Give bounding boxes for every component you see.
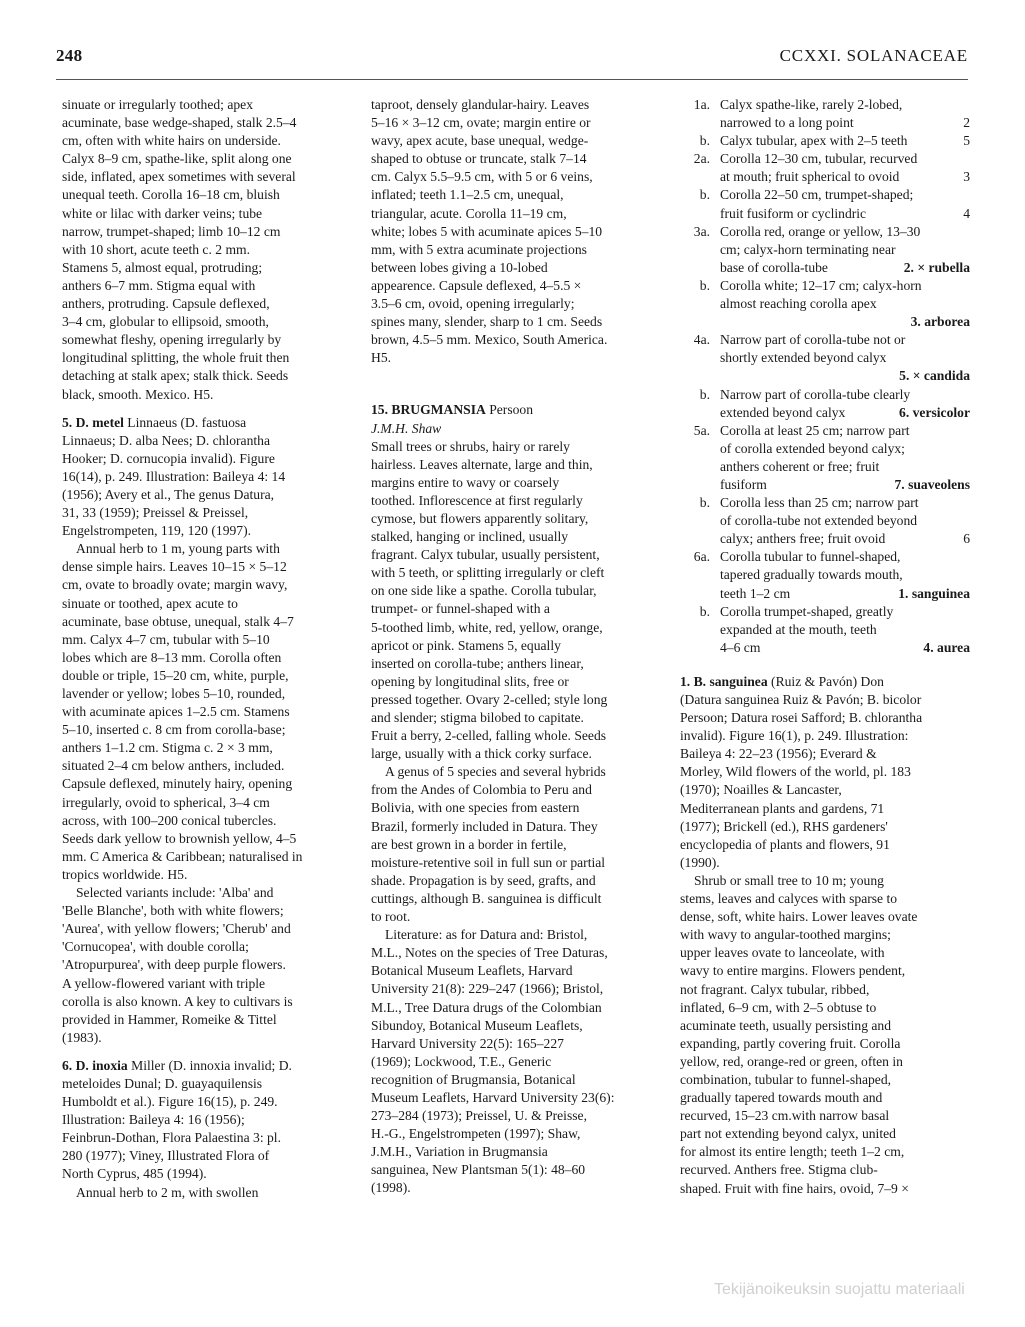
text-line: shade. Propagation is by seed, grafts, a…: [371, 872, 671, 890]
text-line: Sibundoy, Botanical Museum Leaflets,: [371, 1017, 671, 1035]
text-line: Museum Leaflets, Harvard University 23(6…: [371, 1089, 671, 1107]
text-line: Stamens 5, almost equal, protruding;: [62, 259, 362, 277]
column-1: sinuate or irregularly toothed; apex acu…: [62, 96, 362, 1202]
text-line: narrow, trumpet-shaped; limb 10–12 cm: [62, 223, 362, 241]
text-line: (1977); Brickell (ed.), RHS gardeners': [680, 818, 970, 836]
key-label: b.: [680, 186, 710, 204]
key-text: Narrow part of corolla-tube clearly: [720, 386, 910, 404]
key-label: b.: [680, 603, 710, 621]
key-text: base of corolla-tube: [720, 259, 828, 277]
column-2: taproot, densely glandular-hairy. Leaves…: [371, 96, 671, 1198]
text-line: Selected variants include: 'Alba' and: [62, 884, 362, 902]
key-label: 2a.: [680, 150, 710, 168]
text-line: Seeds dark yellow to brownish yellow, 4–…: [62, 830, 362, 848]
text-line: between lobes giving a 10-lobed: [371, 259, 671, 277]
genus-authority: Persoon: [486, 402, 533, 417]
text-line: anthers, protruding. Capsule deflexed,: [62, 295, 362, 313]
text-line: spines many, slender, sharp to 1 cm. See…: [371, 313, 671, 331]
text-line: with 10 short, acute teeth c. 2 mm.: [62, 241, 362, 259]
text-line: (1970); Noailles & Lancaster,: [680, 781, 970, 799]
text-line: Brazil, formerly included in Datura. The…: [371, 818, 671, 836]
text-line: (1969); Lockwood, T.E., Generic: [371, 1053, 671, 1071]
text-line: situated 2–4 cm below anthers, included.: [62, 757, 362, 775]
text-line: meteloides Dunal; D. guayaquilensis: [62, 1075, 362, 1093]
text-line: (1956); Avery et al., The genus Datura,: [62, 486, 362, 504]
key-result: 6: [963, 530, 970, 548]
text-line: hairless. Leaves alternate, large and th…: [371, 456, 671, 474]
text-line: detaching at stalk apex; stalk thick. Se…: [62, 367, 362, 385]
key-text: extended beyond calyx: [720, 404, 845, 422]
text-line: with wavy to angular-toothed margins;: [680, 926, 970, 944]
section-author: J.M.H. Shaw: [371, 421, 441, 436]
text-line: Harvard University 22(5): 165–227: [371, 1035, 671, 1053]
running-head: CCXXI. SOLANACEAE: [780, 46, 968, 66]
text-line: stalked, hanging or inclined, usually: [371, 528, 671, 546]
text-line: on one side like a spathe. Corolla tubul…: [371, 582, 671, 600]
text-line: 280 (1977); Viney, Illustrated Flora of: [62, 1147, 362, 1165]
text-line: Illustration: Baileya 4: 16 (1956);: [62, 1111, 362, 1129]
key-text: calyx; anthers free; fruit ovoid: [720, 530, 885, 548]
text-line: with acuminate apices 1–2.5 cm. Stamens: [62, 703, 362, 721]
key-label: 3a.: [680, 223, 710, 241]
text-line: Literature: as for Datura and: Bristol,: [371, 926, 671, 944]
text-line: stems, leaves and calyces with sparse to: [680, 890, 970, 908]
key-result-species: 7. suaveolens: [894, 476, 970, 494]
text-line: A yellow-flowered variant with triple: [62, 975, 362, 993]
text-line: (Ruiz & Pavón) Don: [768, 674, 884, 689]
text-line: for almost its entire length; teeth 1–2 …: [680, 1143, 970, 1161]
genus-brugmansia: 15. BRUGMANSIA Persoon J.M.H. Shaw Small…: [371, 401, 671, 1197]
key-text: of corolla extended beyond calyx;: [720, 440, 905, 458]
key-text: Narrow part of corolla-tube not or: [720, 331, 905, 349]
text-line: 31, 33 (1959); Preissel & Preissel,: [62, 504, 362, 522]
text-line: 273–284 (1973); Preissel, U. & Preisse,: [371, 1107, 671, 1125]
text-line: to root.: [371, 908, 671, 926]
text-line: Morley, Wild flowers of the world, pl. 1…: [680, 763, 970, 781]
species-heading: 1. B. sanguinea: [680, 674, 768, 689]
text-line: Calyx 8–9 cm, spathe-like, split along o…: [62, 150, 362, 168]
text-line: 'Aurea', with yellow flowers; 'Cherub' a…: [62, 920, 362, 938]
text-line: irregularly, ovoid to spherical, 3–4 cm: [62, 794, 362, 812]
key-result-species: 5. × candida: [899, 367, 970, 385]
key-text: at mouth; fruit spherical to ovoid: [720, 168, 899, 186]
key-label: 5a.: [680, 422, 710, 440]
text-line: Engelstrompeten, 119, 120 (1997).: [62, 522, 362, 540]
text-line: lavender or yellow; lobes 5–10, rounded,: [62, 685, 362, 703]
key-label: b.: [680, 132, 710, 150]
text-line: 3.5–6 cm, ovoid, opening irregularly;: [371, 295, 671, 313]
text-line: H5.: [371, 349, 671, 367]
text-line: Annual herb to 2 m, with swollen: [62, 1184, 362, 1202]
key-text: Corolla tubular to funnel-shaped,: [720, 548, 900, 566]
text-line: A genus of 5 species and several hybrids: [371, 763, 671, 781]
text-line: Baileya 4: 22–23 (1956); Everard &: [680, 745, 970, 763]
text-line: (Datura sanguinea Ruiz & Pavón; B. bicol…: [680, 691, 970, 709]
text-line: Linnaeus (D. fastuosa: [124, 415, 246, 430]
key-text: shortly extended beyond calyx: [720, 349, 886, 367]
text-line: Miller (D. innoxia invalid; D.: [128, 1058, 292, 1073]
text-line: tropics worldwide. H5.: [62, 866, 362, 884]
text-line: invalid). Figure 16(1), p. 249. Illustra…: [680, 727, 970, 745]
text-line: expanding, partly covering fruit. Coroll…: [680, 1035, 970, 1053]
text-line: Annual herb to 1 m, young parts with: [62, 540, 362, 558]
text-line: H.-G., Engelstrompeten (1997); Shaw,: [371, 1125, 671, 1143]
key-text: tapered gradually towards mouth,: [720, 566, 903, 584]
text-line: with 5 teeth, or splitting irregularly o…: [371, 564, 671, 582]
key-text: Corolla white; 12–17 cm; calyx-horn: [720, 277, 922, 295]
key-label: b.: [680, 386, 710, 404]
text-line: wavy, apex acute, base unequal, wedge-: [371, 132, 671, 150]
key-label: b.: [680, 277, 710, 295]
text-line: apricot or pink. Stamens 5, equally: [371, 637, 671, 655]
text-line: upper leaves ovate to lanceolate, with: [680, 944, 970, 962]
text-line: mm. C America & Caribbean; naturalised i…: [62, 848, 362, 866]
text-line: acuminate teeth, usually persisting and: [680, 1017, 970, 1035]
species-entry-d-metel: 5. D. metel Linnaeus (D. fastuosa Linnae…: [62, 414, 362, 1047]
text-line: lobes which are 8–13 mm. Corolla often: [62, 649, 362, 667]
text-line: not fragrant. Calyx tubular, ribbed,: [680, 981, 970, 999]
key-text: of corolla-tube not extended beyond: [720, 512, 917, 530]
text-line: margins entire to wavy or coarsely: [371, 474, 671, 492]
key-text: Corolla red, orange or yellow, 13–30: [720, 223, 920, 241]
key-text: Corolla at least 25 cm; narrow part: [720, 422, 910, 440]
key-text: narrowed to a long point: [720, 114, 854, 132]
species-entry-d-inoxia: 6. D. inoxia Miller (D. innoxia invalid;…: [62, 1057, 362, 1202]
text-line: triangular, acute. Corolla 11–19 cm,: [371, 205, 671, 223]
text-line: (1990).: [680, 854, 970, 872]
key-label: b.: [680, 494, 710, 512]
text-line: inflated, 6–9 cm, with 2–5 obtuse to: [680, 999, 970, 1017]
text-line: North Cyprus, 485 (1994).: [62, 1165, 362, 1183]
text-line: recognition of Brugmansia, Botanical: [371, 1071, 671, 1089]
key-text: cm; calyx-horn terminating near: [720, 241, 896, 259]
text-line: sinuate or toothed, apex acute to: [62, 595, 362, 613]
text-line: large, usually with a thick corky surfac…: [371, 745, 671, 763]
key-text: Corolla 12–30 cm, tubular, recurved: [720, 150, 917, 168]
page-number: 248: [56, 46, 82, 66]
text-line: J.M.H., Variation in Brugmansia: [371, 1143, 671, 1161]
text-line: inserted on corolla-tube; anthers linear…: [371, 655, 671, 673]
text-line: cm, often with white hairs on underside.: [62, 132, 362, 150]
text-line: acuminate, base wedge-shaped, stalk 2.5–…: [62, 114, 362, 132]
key-result-species: 2. × rubella: [904, 259, 970, 277]
text-line: shaped. Fruit with fine hairs, ovoid, 7–…: [680, 1180, 970, 1198]
text-line: sinuate or irregularly toothed; apex: [62, 96, 362, 114]
text-line: 5–10, inserted c. 8 cm from corolla-base…: [62, 721, 362, 739]
text-line: pressed together. Ovary 2-celled; style …: [371, 691, 671, 709]
text-line: toothed. Inflorescence at first regularl…: [371, 492, 671, 510]
text-line: part not extending beyond calyx, united: [680, 1125, 970, 1143]
text-line: dense, soft, white hairs. Lower leaves o…: [680, 908, 970, 926]
text-line: 5-toothed limb, white, red, yellow, oran…: [371, 619, 671, 637]
text-line: cm. Calyx 5.5–9.5 cm, with 5 or 6 veins,: [371, 168, 671, 186]
d-inoxia-continuation: taproot, densely glandular-hairy. Leaves…: [371, 96, 671, 367]
text-line: inflated; teeth 1.1–2.5 cm, unequal,: [371, 186, 671, 204]
text-line: corolla is also known. A key to cultivar…: [62, 993, 362, 1011]
text-line: anthers 6–7 mm. Stigma equal with: [62, 277, 362, 295]
text-line: longitudinal splitting, the whole fruit …: [62, 349, 362, 367]
key-result: 5: [963, 132, 970, 150]
text-line: wavy to entire margins. Flowers pendent,: [680, 962, 970, 980]
text-line: cuttings, although B. sanguinea is diffi…: [371, 890, 671, 908]
text-line: Bolivia, with one species from eastern: [371, 799, 671, 817]
text-line: Shrub or small tree to 10 m; young: [680, 872, 970, 890]
text-line: 16(14), p. 249. Illustration: Baileya 4:…: [62, 468, 362, 486]
column-3: 1a.Calyx spathe-like, rarely 2-lobed, na…: [680, 96, 970, 1198]
text-line: cymose, but flowers apparently solitary,: [371, 510, 671, 528]
text-line: double or triple, 15–20 cm, white, purpl…: [62, 667, 362, 685]
text-line: Persoon; Datura rosei Safford; B. chlora…: [680, 709, 970, 727]
genus-title: 15. BRUGMANSIA: [371, 402, 486, 417]
species-entry-b-sanguinea: 1. B. sanguinea (Ruiz & Pavón) Don (Datu…: [680, 673, 970, 1198]
key-text: expanded at the mouth, teeth: [720, 621, 877, 639]
key-label: 4a.: [680, 331, 710, 349]
text-line: Capsule deflexed, minutely hairy, openin…: [62, 775, 362, 793]
key-result: 4: [963, 205, 970, 223]
identification-key: 1a.Calyx spathe-like, rarely 2-lobed, na…: [680, 96, 970, 657]
text-line: encyclopedia of plants and flowers, 91: [680, 836, 970, 854]
text-line: Hooker; D. cornucopia invalid). Figure: [62, 450, 362, 468]
text-line: University 21(8): 229–247 (1966); Bristo…: [371, 980, 671, 998]
text-line: Fruit a berry, 2-celled, falling whole. …: [371, 727, 671, 745]
text-line: appearence. Capsule deflexed, 4–5.5 ×: [371, 277, 671, 295]
text-line: Humboldt et al.). Figure 16(15), p. 249.: [62, 1093, 362, 1111]
key-result-species: 3. arborea: [911, 313, 970, 331]
header-rule: [56, 79, 968, 80]
key-label: 6a.: [680, 548, 710, 566]
text-line: white; lobes 5 with acuminate apices 5–1…: [371, 223, 671, 241]
text-line: from the Andes of Colombia to Peru and: [371, 781, 671, 799]
text-line: white or lilac with darker veins; tube: [62, 205, 362, 223]
text-line: recurved. Anthers free. Stigma club-: [680, 1161, 970, 1179]
key-label: 1a.: [680, 96, 710, 114]
datura-4-continuation: sinuate or irregularly toothed; apex acu…: [62, 96, 362, 404]
key-text: Corolla 22–50 cm, trumpet-shaped;: [720, 186, 913, 204]
key-text: anthers coherent or free; fruit: [720, 458, 879, 476]
key-text: Corolla less than 25 cm; narrow part: [720, 494, 919, 512]
text-line: mm, with 5 extra acuminate projections: [371, 241, 671, 259]
text-line: black, smooth. Mexico. H5.: [62, 386, 362, 404]
text-line: shaped to obtuse or truncate, stalk 7–14: [371, 150, 671, 168]
text-line: brown, 4.5–5 mm. Mexico, South America.: [371, 331, 671, 349]
text-line: acuminate, base obtuse, unequal, stalk 4…: [62, 613, 362, 631]
text-line: Feinbrun-Dothan, Flora Palaestina 3: pl.: [62, 1129, 362, 1147]
key-text: fruit fusiform or cyclindric: [720, 205, 866, 223]
text-line: are best grown in a border in fertile,: [371, 836, 671, 854]
key-text: Corolla trumpet-shaped, greatly: [720, 603, 893, 621]
text-line: anthers 1–1.2 cm. Stigma c. 2 × 3 mm,: [62, 739, 362, 757]
text-line: dense simple hairs. Leaves 10–15 × 5–12: [62, 558, 362, 576]
text-line: recurved, 15–23 cm.with narrow basal: [680, 1107, 970, 1125]
text-line: Linnaeus; D. alba Nees; D. chlorantha: [62, 432, 362, 450]
text-line: moisture-retentive soil in full sun or p…: [371, 854, 671, 872]
text-line: somewhat fleshy, opening irregularly by: [62, 331, 362, 349]
key-result-species: 4. aurea: [923, 639, 970, 657]
text-line: side, inflated, apex sometimes with seve…: [62, 168, 362, 186]
key-result: 3: [963, 168, 970, 186]
key-text: teeth 1–2 cm: [720, 585, 790, 603]
text-line: Botanical Museum Leaflets, Harvard: [371, 962, 671, 980]
text-line: combination, tubular to funnel-shaped,: [680, 1071, 970, 1089]
text-line: trumpet- or funnel-shaped with a: [371, 600, 671, 618]
text-line: M.L., Tree Datura drugs of the Colombian: [371, 999, 671, 1017]
text-line: Small trees or shrubs, hairy or rarely: [371, 438, 671, 456]
key-text: Calyx tubular, apex with 2–5 teeth: [720, 132, 907, 150]
text-line: gradually tapered towards mouth and: [680, 1089, 970, 1107]
text-line: fragrant. Calyx tubular, usually persist…: [371, 546, 671, 564]
genus-heading: 15. BRUGMANSIA Persoon: [371, 401, 671, 419]
page-header: 248 CCXXI. SOLANACEAE: [56, 46, 968, 72]
key-result-species: 6. versicolor: [899, 404, 970, 422]
text-line: (1983).: [62, 1029, 362, 1047]
text-line: provided in Hammer, Romeike & Tittel: [62, 1011, 362, 1029]
text-line: 3–4 cm, globular to ellipsoid, smooth,: [62, 313, 362, 331]
text-line: sanguinea, New Plantsman 5(1): 48–60: [371, 1161, 671, 1179]
key-text: almost reaching corolla apex: [720, 295, 877, 313]
text-line: taproot, densely glandular-hairy. Leaves: [371, 96, 671, 114]
key-text: Calyx spathe-like, rarely 2-lobed,: [720, 96, 902, 114]
text-line: unequal teeth. Corolla 16–18 cm, bluish: [62, 186, 362, 204]
text-line: 5–16 × 3–12 cm, ovate; margin entire or: [371, 114, 671, 132]
text-line: mm. Calyx 4–7 cm, tubular with 5–10: [62, 631, 362, 649]
key-text: fusiform: [720, 476, 767, 494]
key-result-species: 1. sanguinea: [898, 585, 970, 603]
copyright-watermark: Tekijänoikeuksin suojattu materiaali: [714, 1281, 965, 1299]
key-text: 4–6 cm: [720, 639, 760, 657]
text-line: Mediterranean plants and gardens, 71: [680, 800, 970, 818]
text-line: yellow, red, orange-red or green, often …: [680, 1053, 970, 1071]
key-result: 2: [963, 114, 970, 132]
text-line: and slender; stigma bilobed to capitate.: [371, 709, 671, 727]
species-heading: 5. D. metel: [62, 415, 124, 430]
text-line: M.L., Notes on the species of Tree Datur…: [371, 944, 671, 962]
text-line: across, with 100–200 conical tubercles.: [62, 812, 362, 830]
text-line: 'Belle Blanche', both with white flowers…: [62, 902, 362, 920]
text-line: opening by longitudinal slits, free or: [371, 673, 671, 691]
text-line: 'Atropurpurea', with deep purple flowers…: [62, 956, 362, 974]
text-line: 'Cornucopea', with double corolla;: [62, 938, 362, 956]
text-line: cm, ovate to broadly ovate; margin wavy,: [62, 576, 362, 594]
text-line: (1998).: [371, 1179, 671, 1197]
species-heading: 6. D. inoxia: [62, 1058, 128, 1073]
